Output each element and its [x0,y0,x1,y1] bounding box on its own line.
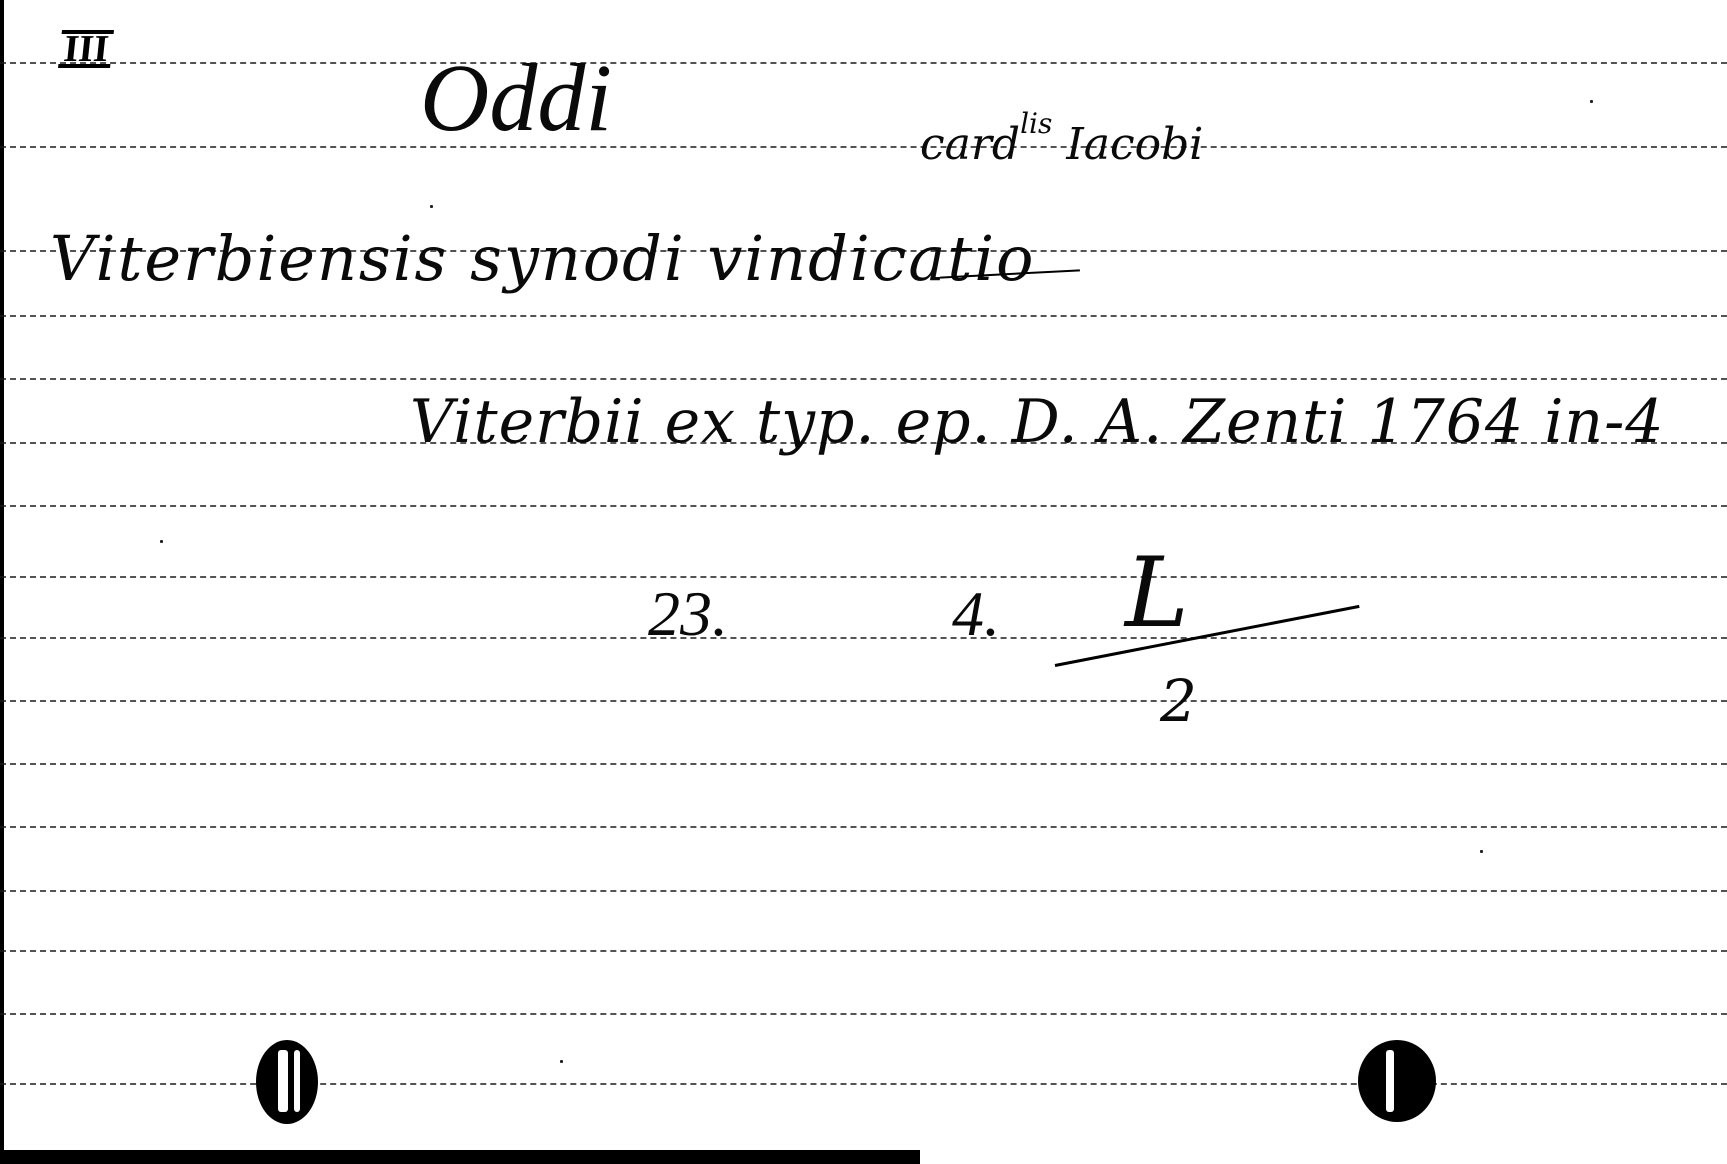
rule-line [0,700,1727,702]
punch-hole-left-icon [256,1040,318,1124]
heading-qualifier: cardlis Iacobi [920,110,1203,167]
rule-line [0,950,1727,952]
hole-glint [294,1050,300,1112]
rule-line [0,890,1727,892]
rule-line [0,826,1727,828]
imprint-line: Viterbii ex typ. ep. D. A. Zenti 1764 in… [410,392,1665,452]
rule-line [0,1013,1727,1015]
ink-speck [430,205,433,208]
shelfmark-numerator: L [1125,545,1189,641]
rule-line [0,378,1727,380]
shelfmark-denominator: 2 [1160,672,1197,730]
shelfmark-part-1: 23. [648,582,728,646]
rule-line [0,315,1727,317]
rule-line [0,505,1727,507]
card-left-edge [0,0,4,1150]
hole-glint [278,1050,288,1112]
qualifier-name: Iacobi [1066,119,1203,170]
hole-glint [1386,1050,1394,1112]
rule-line [0,763,1727,765]
title-line: Viterbiensis synodi vindicatio [50,228,1035,290]
catalog-card: III Oddi cardlis Iacobi Viterbiensis syn… [0,0,1727,1164]
shelfmark-part-2: 4. [952,582,1000,646]
ink-speck [1480,850,1483,853]
ink-speck [160,540,163,543]
qualifier-superscript: lis [1020,107,1052,140]
rule-line [0,146,1727,148]
qualifier-abbrev: card [920,119,1020,170]
rule-line [0,62,1727,64]
series-mark: III [58,30,114,68]
scan-edge-band [0,1150,920,1164]
heading-author: Oddi [420,50,612,146]
ink-speck [560,1060,563,1063]
punch-hole-right-icon [1358,1040,1436,1122]
shelfmark-fraction-line [1055,605,1360,667]
rule-line [0,637,1727,639]
rule-line [0,576,1727,578]
ink-speck [1590,100,1593,103]
